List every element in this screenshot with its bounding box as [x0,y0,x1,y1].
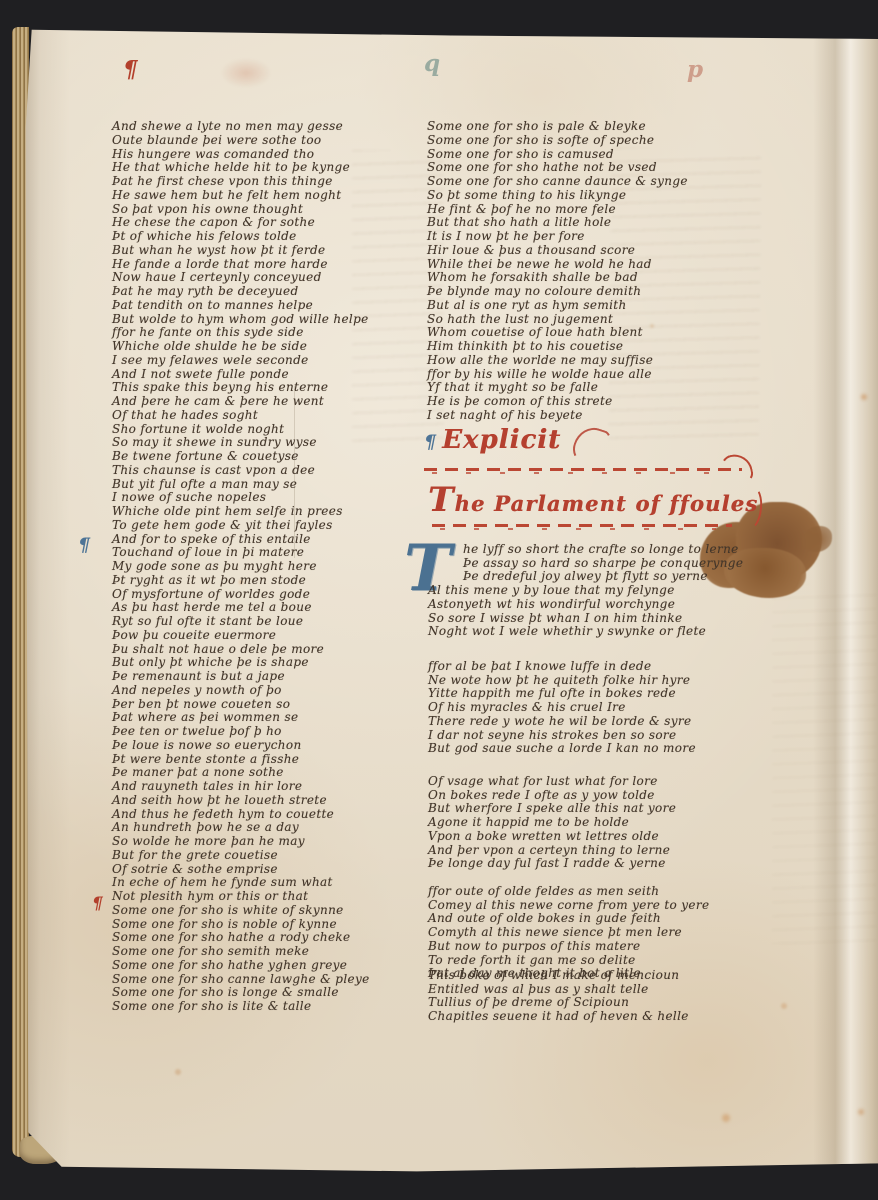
text-line: My gode sone as þu myght here [112,560,428,574]
text-line: So may it shewe in sundry wyse [112,436,428,450]
red-capitulum-mark: ¶ [123,56,138,83]
text-line: I set naght of his beyete [427,409,749,423]
text-line: Some one for sho semith meke [112,945,428,959]
text-line: But for the grete couetise [112,849,428,863]
red-paragraph-mark: ¶ [92,894,103,914]
text-line: Some one for sho is camused [427,148,749,162]
poem-title: The Parlament of ffoules [428,479,744,525]
blue-paragraph-mark: ¶ [78,534,90,556]
text-line: But wherfore I speke alle this nat yore [428,802,750,816]
text-line: And for to speke of this entaile [112,533,428,547]
text-line: Not plesith hym or this or that [112,890,428,904]
text-line: ffor by his wille he wolde haue alle [427,368,749,382]
text-line: ffor oute of olde feldes as men seith [428,885,750,899]
text-line: Some one for sho is white of skynne [112,904,428,918]
text-line: He sawe hem but he felt hem noght [112,189,428,203]
show-through-text [772,584,876,944]
text-line: And nepeles y nowth of þo [112,684,428,698]
text-line: I nowe of suche nopeles [112,491,428,505]
text-line: This boke of which I make of mencioun [428,969,750,983]
text-line: As þu hast herde me tel a boue [112,601,428,615]
text-line: Þt of whiche his felows tolde [112,230,428,244]
text-line: Astonyeth wt his wondirful worchynge [428,598,750,612]
text-line: Þe remenaunt is but a jape [112,670,428,684]
text-line: Sho fortune it wolde noght [112,423,428,437]
text-line: He is þe comon of this strete [427,395,749,409]
poem-stanza: Of vsage what for lust what for loreOn b… [405,775,750,871]
text-line: Him thinkith þt to his couetise [427,340,749,354]
text-line: There rede y wote he wil be lorde & syre [428,715,750,729]
text-line: ffor al be þat I knowe luffe in dede [428,660,750,674]
text-line: But god saue suche a lorde I kan no more [428,742,750,756]
text-line: he lyff so short the crafte so longe to … [463,543,750,557]
text-line: Some one for sho is noble of kynne [112,918,428,932]
text-line: Of sotrie & sothe emprise [112,863,428,877]
text-line: Some one for sho hathe a rody cheke [112,931,428,945]
poem-stanza: ffor al be þat I knowe luffe in dedeNe w… [405,660,750,756]
text-line: An hundreth þow he se a day [112,821,428,835]
text-line: To rede forth it gan me so delite [428,954,750,968]
text-line: But that sho hath a litle hole [427,216,749,230]
text-line: But yit ful ofte a man may se [112,478,428,492]
text-line: And þere he cam & þere he went [112,395,428,409]
text-line: Vpon a boke wretten wt lettres olde [428,830,750,844]
text-line: And thus he fedeth hym to couette [112,808,428,822]
text-line: Agone it happid me to be holde [428,816,750,830]
faded-quire-mark: q [424,50,440,77]
text-line: Tullius of þe dreme of Scipioun [428,996,750,1010]
blue-pilcrow-icon: ¶ [424,431,436,453]
red-penwork-rule [424,468,742,471]
text-line: Ne wote how þt he quiteth folke hir hyre [428,674,750,688]
text-line: This spake this beyng his enterne [112,381,428,395]
right-text-column: Some one for sho is pale & bleykeSome on… [427,120,749,423]
text-line: Þe loue is nowe so euerychon [112,739,428,753]
text-line: And seith how þt he loueth strete [112,794,428,808]
text-line: Þat he first chese vpon this thinge [112,175,428,189]
text-line: But al is one ryt as hym semith [427,299,749,313]
text-line: Some one for sho hathe not be vsed [427,161,749,175]
text-line: Some one for sho canne lawghe & pleye [112,973,428,987]
text-line: So sore I wisse þt whan I on him thinke [428,612,750,626]
text-line: But wolde to hym whom god wille helpe [112,313,428,327]
text-line: Þe assay so hard so sharpe þe conqueryng… [463,557,750,571]
text-line: But only þt whiche þe is shape [112,656,428,670]
text-line: Whom couetise of loue hath blent [427,326,749,340]
text-line: Þat he may ryth be deceyued [112,285,428,299]
text-line: Some one for sho is longe & smalle [112,986,428,1000]
text-line: So þat vpon his owne thought [112,203,428,217]
text-line: Yitte happith me ful ofte in bokes rede [428,687,750,701]
text-line: Þat where as þei wommen se [112,711,428,725]
text-line: But now to purpos of this matere [428,940,750,954]
text-line: It is I now þt he þer fore [427,230,749,244]
text-line: Þe maner þat a none sothe [112,766,428,780]
text-line: Some one for sho canne daunce & synge [427,175,749,189]
text-line: Whiche olde pint hem selfe in prees [112,505,428,519]
poem-stanza: he lyff so short the crafte so longe to … [405,543,750,639]
manuscript-photo: ¶ q p And shewe a lyte no men may gesseO… [0,0,878,1200]
text-line: Of vsage what for lust what for lore [428,775,750,789]
poem-stanza: ffor oute of olde feldes as men seithCom… [405,885,750,981]
text-line: To gete hem gode & yit thei fayles [112,519,428,533]
red-offset-smudge [220,58,272,88]
text-line: Yf that it myght so be falle [427,381,749,395]
text-line: Entitled was al þus as y shalt telle [428,983,750,997]
text-line: Oute blaunde þei were sothe too [112,134,428,148]
text-line: Some one for sho is pale & bleyke [427,120,749,134]
text-line: Þu shalt not haue o dele þe more [112,643,428,657]
text-line: I dar not seyne his strokes ben so sore [428,729,750,743]
text-line: And shewe a lyte no men may gesse [112,120,428,134]
text-line: Comyth al this newe sience þt men lere [428,926,750,940]
text-line: Chapitles seuene it had of heven & helle [428,1010,750,1024]
text-line: Al this mene y by loue that my felynge [428,584,750,598]
text-line: So hath the lust no jugement [427,313,749,327]
text-line: Þat tendith on to mannes helpe [112,299,428,313]
text-line: Of that he hades soght [112,409,428,423]
text-line: Þt ryght as it wt þo men stode [112,574,428,588]
text-line: Whiche olde shulde he be side [112,340,428,354]
text-line: He that whiche helde hit to þe kynge [112,161,428,175]
text-line: Of mysfortune of worldes gode [112,588,428,602]
text-line: Þe blynde may no coloure demith [427,285,749,299]
text-line: He fint & þof he no more fele [427,203,749,217]
left-text-column: And shewe a lyte no men may gesseOute bl… [112,120,428,1014]
text-line: Þe longe day ful fast I radde & yerne [428,857,750,871]
text-line: Of his myracles & his cruel Ire [428,701,750,715]
text-line: Noght wot I wele whethir y swynke or fle… [428,625,750,639]
text-line: His hungere was comanded tho [112,148,428,162]
text-line: Be twene fortune & couetyse [112,450,428,464]
explicit-rubric: ¶Explicit [424,425,561,459]
text-line: While thei be newe he wold he had [427,258,749,272]
text-line: And þer vpon a certeyn thing to lerne [428,844,750,858]
text-line: I see my felawes wele seconde [112,354,428,368]
text-line: Þt were bente stonte a fisshe [112,753,428,767]
text-line: On bokes rede I ofte as y yow tolde [428,789,750,803]
text-line: Whom he forsakith shalle be bad [427,271,749,285]
stain-lobe [802,526,832,552]
text-line: Touchand of loue in þi matere [112,546,428,560]
text-line: He fande a lorde that more harde [112,258,428,272]
text-line: So þt some thing to his likynge [427,189,749,203]
text-line: In eche of hem he fynde sum what [112,876,428,890]
text-line: He chese the capon & for sothe [112,216,428,230]
text-line: Hir loue & þus a thousand score [427,244,749,258]
text-line: So wolde he more þan he may [112,835,428,849]
text-line: ffor he fante on this syde side [112,326,428,340]
text-line: Þee ten or twelue þof þ ho [112,725,428,739]
text-line: Now haue I certeynly conceyued [112,271,428,285]
text-line: How alle the worlde ne may suffise [427,354,749,368]
text-line: Some one for sho is lite & talle [112,1000,428,1014]
text-line: Some one for sho is softe of speche [427,134,749,148]
text-line: And oute of olde bokes in gude feith [428,912,750,926]
text-line: And rauyneth tales in hir lore [112,780,428,794]
faded-red-mark: p [687,56,703,83]
text-line: Þe dredeful joy alwey þt flytt so yerne [463,570,750,584]
text-line: But whan he wyst how þt it ferde [112,244,428,258]
text-line: This chaunse is cast vpon a dee [112,464,428,478]
text-line: Some one for sho hathe yghen greye [112,959,428,973]
text-line: And I not swete fulle ponde [112,368,428,382]
text-line: Þer ben þt nowe coueten so [112,698,428,712]
poem-stanza: This boke of which I make of menciounEnt… [405,969,750,1024]
text-line: Ryt so ful ofte it stant be loue [112,615,428,629]
explicit-label: Explicit [442,425,561,455]
text-line: Comey al this newe corne from yere to ye… [428,899,750,913]
text-line: Þow þu coueite euermore [112,629,428,643]
red-penwork-rule [432,524,732,527]
